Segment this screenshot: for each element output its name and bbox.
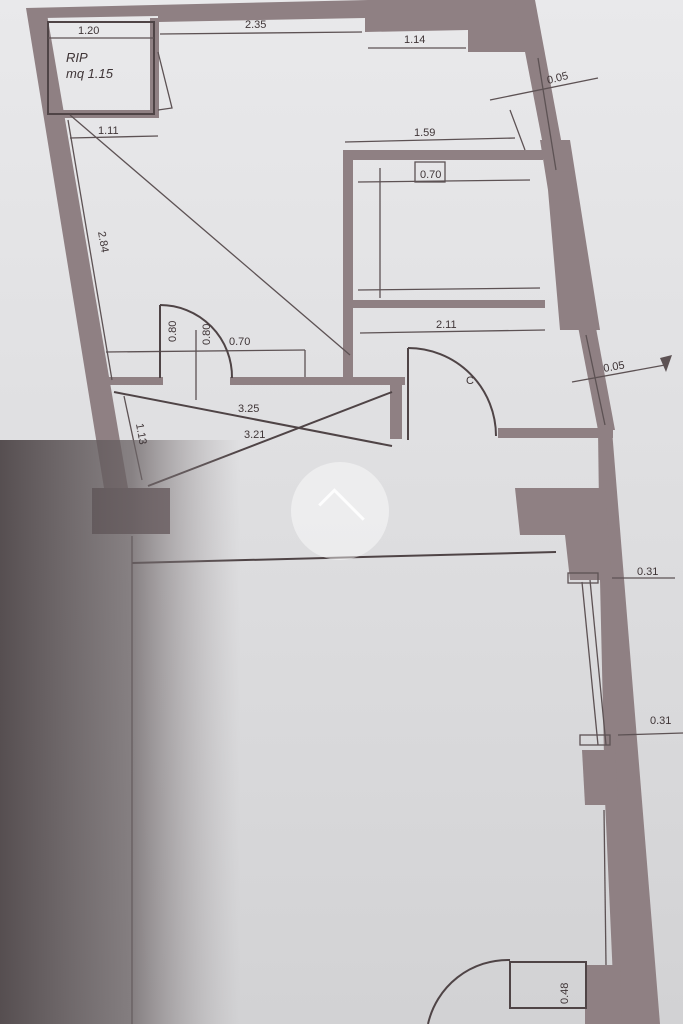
- dim-inner-room-width: 1.59: [414, 127, 435, 139]
- door-label: C: [466, 375, 474, 387]
- dim-upper-left: 1.11: [98, 125, 119, 137]
- dim-corridor-width: 2.11: [436, 319, 457, 331]
- room-label-line1: RIP: [66, 50, 88, 65]
- dim-diag-1: 3.25: [238, 403, 259, 415]
- watermark-logo-icon: [291, 462, 389, 560]
- floor-plan: RIP mq 1.15 1.20 2.35 1.14 1.11 2.84 1.5…: [0, 0, 683, 1024]
- dim-top-right: 1.14: [404, 34, 425, 46]
- dim-wall-thickness-1: 0.31: [637, 566, 658, 578]
- dim-top-left: 1.20: [78, 25, 99, 37]
- dim-door-b: 0.80: [201, 324, 213, 345]
- dim-inner-room-top: 0.70: [420, 169, 441, 181]
- dim-door-c: 0.70: [229, 336, 250, 348]
- dim-top-mid: 2.35: [245, 19, 266, 31]
- dim-door-a: 0.80: [167, 321, 179, 342]
- dim-bottom-small: 0.48: [559, 983, 571, 1004]
- room-label-line2: mq 1.15: [66, 66, 114, 81]
- dim-wall-thickness-2: 0.31: [650, 715, 671, 727]
- scan-shadow: [0, 440, 240, 1024]
- dim-diag-2: 3.21: [244, 429, 265, 441]
